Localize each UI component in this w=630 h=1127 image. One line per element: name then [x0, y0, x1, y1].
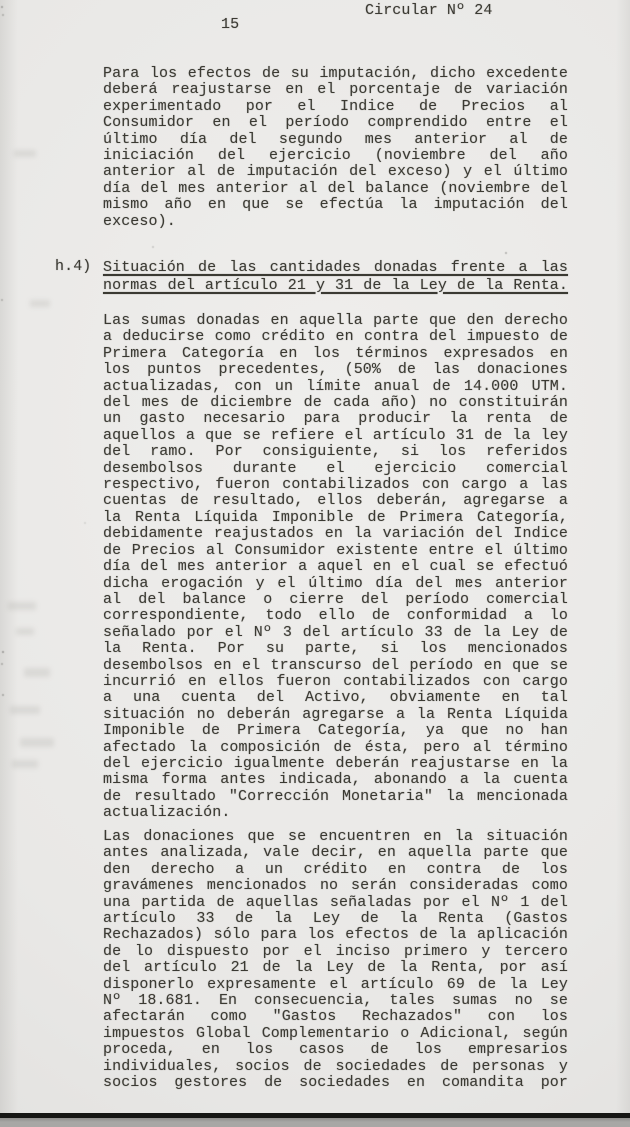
scan-speckles	[0, 0, 2, 2]
bleedthrough-smudge	[12, 760, 38, 768]
document-title: Circular Nº 24	[365, 3, 492, 19]
bleedthrough-smudge	[24, 668, 50, 677]
bleedthrough-smudge	[14, 150, 36, 157]
bleedthrough-smudge	[20, 738, 54, 747]
paragraph-imputacion-excedente: Para los efectos de su imputación, dicho…	[103, 66, 568, 230]
bleedthrough-smudge	[30, 300, 50, 307]
bleedthrough-smudge	[16, 628, 34, 635]
section-label-h4: h.4)	[55, 259, 91, 275]
scanner-bed-strip	[0, 1118, 630, 1127]
scanned-document-page: Circular Nº 24 15 Para los efectos de su…	[0, 0, 630, 1127]
page-number: 15	[221, 17, 239, 33]
bleedthrough-smudge	[8, 602, 36, 610]
bleedthrough-smudge	[10, 706, 40, 714]
paragraph-sumas-donadas: Las sumas donadas en aquella parte que d…	[103, 313, 568, 822]
section-title-situacion-donaciones: Situación de las cantidades donadas fren…	[103, 259, 568, 294]
paragraph-donaciones-situacion: Las donaciones que se encuentren en la s…	[103, 829, 568, 1092]
